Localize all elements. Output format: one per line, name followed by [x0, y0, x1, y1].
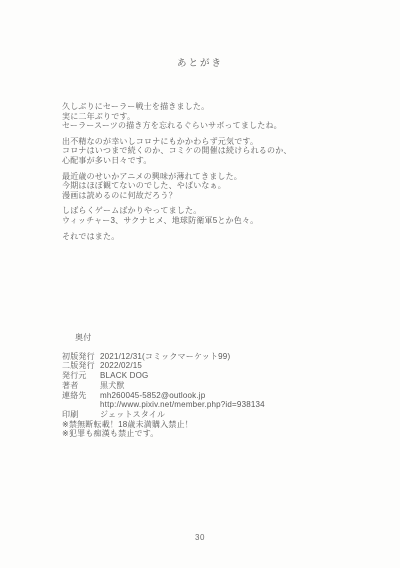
paragraph-4: しばらくゲームばかりやってました。 ウィッチャー3、サクナヒメ、地球防衛軍5とか… [62, 206, 362, 225]
text-line: 実に二年ぶりです。 [62, 112, 362, 122]
colophon-row-contact-email: 連絡先 mh260045-5852@outlook.jp [62, 391, 382, 401]
afterword-body: 久しぶりにセーラー戦士を描きました。 実に二年ぶりです。 セーラースーツの描き方… [62, 102, 362, 247]
colophon-value: 2022/02/15 [100, 361, 142, 371]
text-line: しばらくゲームばかりやってました。 [62, 206, 362, 216]
colophon-value: 黒犬獣 [100, 381, 125, 391]
colophon-section: 奥付 初版発行 2021/12/31(コミックマーケット99) 二版発行 202… [62, 333, 382, 439]
colophon-row-author: 著者 黒犬獣 [62, 381, 382, 391]
text-line: セーラースーツの描き方を忘れるぐらいサボってましたね。 [62, 121, 362, 131]
page-title: あとがき [0, 55, 400, 69]
colophon-row-first-edition: 初版発行 2021/12/31(コミックマーケット99) [62, 352, 382, 362]
colophon-label: 発行元 [62, 371, 100, 381]
colophon-label: 連絡先 [62, 391, 100, 401]
colophon-row-publisher: 発行元 BLACK DOG [62, 371, 382, 381]
contact-email: mh260045-5852@outlook.jp [100, 391, 205, 401]
colophon-heading: 奥付 [75, 333, 382, 343]
colophon-notes: ※禁無断転載！18歳未満購入禁止！ ※犯罪も痴漢も禁止です。 [62, 420, 382, 439]
paragraph-2: 出不精なのが幸いしコロナにもかかわらず元気です。 コロナはいつまで続くのか、コミ… [62, 137, 362, 166]
contact-url: http://www.pixiv.net/member.php?id=93813… [100, 400, 265, 410]
closing-line: それではまた。 [62, 232, 362, 242]
colophon-row-contact-url: http://www.pixiv.net/member.php?id=93813… [62, 400, 382, 410]
text-line: 久しぶりにセーラー戦士を描きました。 [62, 102, 362, 112]
colophon-label: 印刷 [62, 410, 100, 420]
text-line: コロナはいつまで続くのか、コミケの開催は続けられるのか、 [62, 146, 362, 156]
colophon-row-second-edition: 二版発行 2022/02/15 [62, 361, 382, 371]
colophon-value: 2021/12/31(コミックマーケット99) [100, 352, 230, 362]
paragraph-1: 久しぶりにセーラー戦士を描きました。 実に二年ぶりです。 セーラースーツの描き方… [62, 102, 362, 131]
afterword-page: あとがき 久しぶりにセーラー戦士を描きました。 実に二年ぶりです。 セーラースー… [0, 0, 400, 568]
text-line: 漫画は読めるのに何故だろう？ [62, 191, 362, 201]
colophon-value: BLACK DOG [100, 371, 148, 381]
page-number: 30 [0, 533, 400, 542]
note-line: ※禁無断転載！18歳未満購入禁止！ [62, 420, 382, 430]
colophon-value: ジェットスタイル [100, 410, 165, 420]
text-line: 今期はほぼ観てないのでした、やばいなぁ。 [62, 181, 362, 191]
text-line: 最近歳のせいかアニメの興味が薄れてきました。 [62, 172, 362, 182]
colophon-label: 二版発行 [62, 361, 100, 371]
paragraph-3: 最近歳のせいかアニメの興味が薄れてきました。 今期はほぼ観てないのでした、やばい… [62, 172, 362, 201]
text-line: それではまた。 [62, 232, 362, 242]
colophon-label [62, 400, 100, 410]
colophon-label: 初版発行 [62, 352, 100, 362]
text-line: 心配事が多い日々です。 [62, 156, 362, 166]
colophon-label: 著者 [62, 381, 100, 391]
colophon-row-printer: 印刷 ジェットスタイル [62, 410, 382, 420]
text-line: 出不精なのが幸いしコロナにもかかわらず元気です。 [62, 137, 362, 147]
note-line: ※犯罪も痴漢も禁止です。 [62, 429, 382, 439]
text-line: ウィッチャー3、サクナヒメ、地球防衛軍5とか色々。 [62, 216, 362, 226]
